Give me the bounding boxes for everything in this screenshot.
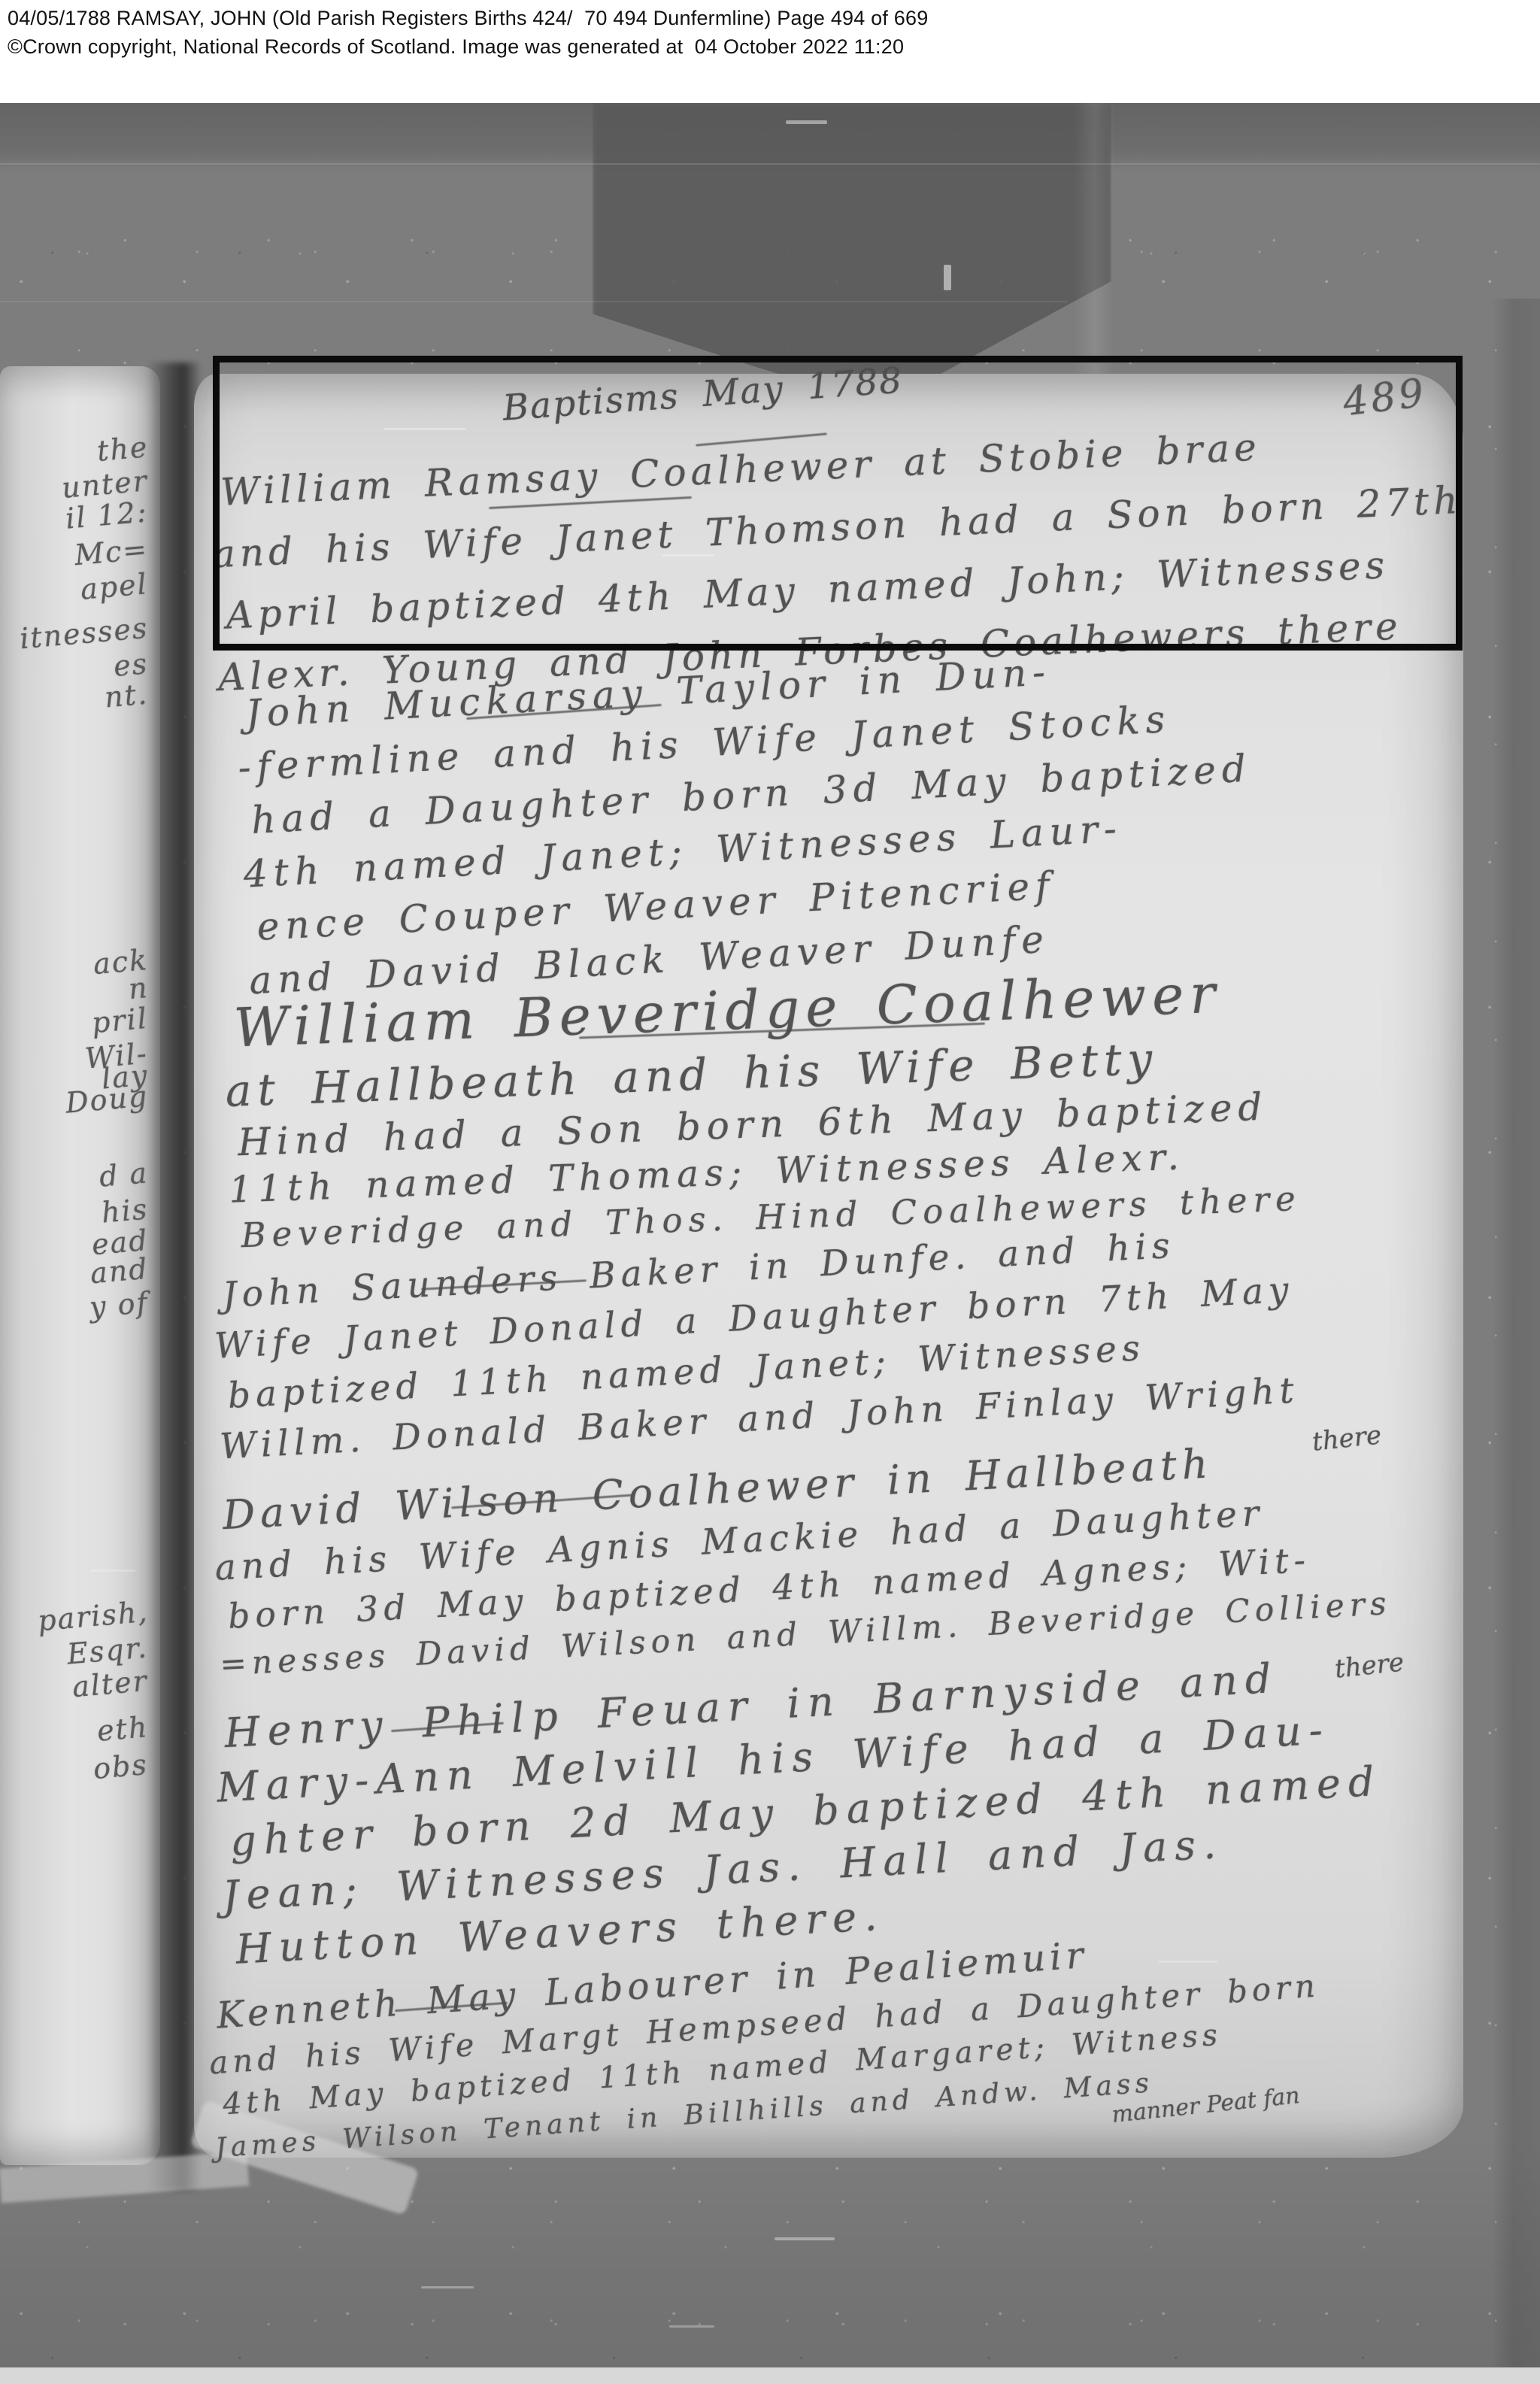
scan-bottom-margin (0, 2367, 1540, 2384)
film-scratch (1158, 1961, 1218, 1963)
baptism-entry-muckarsay: John Muckarsay Taylor in Dun--fermline a… (244, 621, 1523, 1007)
citation-header: 04/05/1788 RAMSAY, JOHN (Old Parish Regi… (0, 0, 1540, 103)
scan-right-shadow (1491, 299, 1540, 2367)
previous-page-fragment: alter (71, 1664, 150, 1704)
citation-line: 04/05/1788 RAMSAY, JOHN (Old Parish Regi… (8, 7, 928, 30)
previous-page-fragment: apel (80, 567, 150, 606)
film-scratch (669, 2325, 714, 2328)
previous-page-fragment: il 12: (65, 495, 150, 535)
film-scratch (0, 163, 1540, 165)
previous-page-fragment: the (95, 430, 150, 468)
previous-page-fragment: and (89, 1252, 150, 1291)
copyright-line: ©Crown copyright, National Records of Sc… (8, 35, 904, 59)
search-highlight-box (213, 356, 1463, 651)
film-scratch (775, 2237, 835, 2240)
previous-page-fragment: nt. (103, 678, 149, 714)
previous-page-fragment: eth (95, 1710, 150, 1748)
previous-page-edge: theunteril 12:Mc=apelitnessesesnt.acknpr… (0, 366, 160, 2165)
film-scratch (944, 265, 951, 290)
film-scratch (90, 1570, 135, 1572)
previous-page-fragment: y of (88, 1286, 150, 1324)
record-image-page: 04/05/1788 RAMSAY, JOHN (Old Parish Regi… (0, 0, 1540, 2384)
previous-page-fragment: n (127, 971, 150, 1005)
previous-page-fragment: Mc= (73, 532, 149, 572)
previous-page-fragment: parish, (36, 1595, 150, 1638)
previous-page-fragment: d a (98, 1156, 150, 1194)
previous-page-fragment: pril (90, 1002, 149, 1039)
film-scratch (421, 2286, 474, 2288)
previous-page-fragment: Doug (64, 1079, 150, 1119)
film-scratch (0, 301, 1068, 302)
previous-page-fragment: obs (92, 1748, 150, 1785)
register-scan-image: theunteril 12:Mc=apelitnessesesnt.acknpr… (0, 103, 1540, 2367)
film-scratch (786, 120, 827, 124)
